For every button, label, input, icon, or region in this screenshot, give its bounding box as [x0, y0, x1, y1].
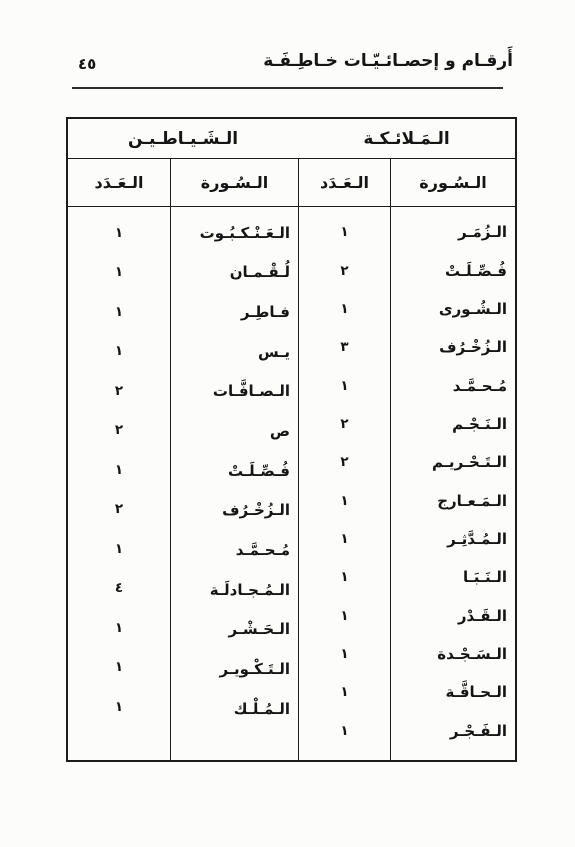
surah-cell: الـزُخْـرُف	[391, 328, 515, 366]
table-body: الـزُمَـر فُـصِّـلَـتْ الـشُـورى الـزُخْ…	[68, 207, 515, 760]
count-cell: ٢	[299, 443, 390, 481]
surah-cell: الـزُخْـرُف	[171, 490, 298, 530]
count-cell: ١	[299, 712, 390, 750]
surah-cell	[171, 728, 298, 750]
surah-cell: الـعَـنْـكـبُـوت	[171, 213, 298, 253]
surah-cell: الـمُـدَّثِـر	[391, 520, 515, 558]
surah-cell: الـمَـعـارج	[391, 482, 515, 520]
surah-cell: الـنَـجْـم	[391, 405, 515, 443]
count-cell: ٢	[299, 405, 390, 443]
surah-cell: ص	[171, 411, 298, 451]
surah-cell: الـحَـشْـر	[171, 609, 298, 649]
column-header-surah-devils: الـسُـورة	[170, 159, 298, 206]
count-cell: ١	[68, 213, 170, 253]
statistics-table: الـمَـلائـكـة الـشَـيـاطـيـن الـسُـورة ا…	[66, 117, 517, 762]
surah-cell: الـصـافَّـات	[171, 372, 298, 412]
header-rule	[72, 87, 503, 89]
surah-cell: الـمُـجـادلَـة	[171, 570, 298, 610]
count-cell: ١	[68, 529, 170, 569]
column-header-surah-angels: الـسُـورة	[390, 159, 515, 206]
count-cell: ٢	[299, 251, 390, 289]
surah-cell: فُـصِّـلَـتْ	[171, 451, 298, 491]
count-cell: ١	[68, 608, 170, 648]
surah-cell: الـنَـبَـا	[391, 558, 515, 596]
group-title-angels: الـمَـلائـكـة	[298, 119, 515, 158]
book-page: أَرقـام و إحصـائـيّـات خـاطِـفَـة ٤٥ الـ…	[0, 0, 575, 847]
count-cell: ١	[299, 290, 390, 328]
surah-cell: الـقَـدْر	[391, 597, 515, 635]
count-cell: ٢	[68, 490, 170, 530]
count-cell: ١	[68, 687, 170, 727]
count-cell: ١	[299, 366, 390, 404]
count-cell	[68, 727, 170, 751]
surah-cell: الـحـاقَّـة	[391, 673, 515, 711]
page-title: أَرقـام و إحصـائـيّـات خـاطِـفَـة	[263, 48, 513, 74]
surah-column-angels: الـزُمَـر فُـصِّـلَـتْ الـشُـورى الـزُخْ…	[390, 207, 515, 760]
count-cell: ١	[299, 558, 390, 596]
count-column-devils: ١ ١ ١ ١ ٢ ٢ ١ ٢ ١ ٤ ١ ١ ١	[68, 207, 170, 760]
group-title-devils: الـشَـيـاطـيـن	[68, 119, 298, 158]
count-cell: ١	[299, 635, 390, 673]
group-header-row: الـمَـلائـكـة الـشَـيـاطـيـن	[68, 119, 515, 159]
column-header-count-devils: الـعَـدَد	[68, 159, 170, 206]
count-cell: ٣	[299, 328, 390, 366]
surah-cell: لُـقْـمـان	[171, 253, 298, 293]
count-cell: ١	[68, 450, 170, 490]
surah-cell: الـتَـحْـريـم	[391, 443, 515, 481]
count-cell: ٤	[68, 569, 170, 609]
surah-cell: الـتَـكْـويـر	[171, 649, 298, 689]
surah-cell: مُـحـمَّـد	[391, 366, 515, 404]
surah-cell: الـفَـجْـر	[391, 712, 515, 750]
surah-cell: الـمُـلْـك	[171, 689, 298, 729]
column-header-row: الـسُـورة الـعَـدَد الـسُـورة الـعَـدَد	[68, 159, 515, 207]
surah-cell: الـزُمَـر	[391, 213, 515, 251]
count-cell: ١	[299, 597, 390, 635]
count-cell: ٢	[68, 411, 170, 451]
count-cell: ١	[68, 648, 170, 688]
surah-cell: الـسَـجْـدة	[391, 635, 515, 673]
count-cell: ١	[68, 292, 170, 332]
surah-cell: فُـصِّـلَـتْ	[391, 251, 515, 289]
surah-cell: يـس	[171, 332, 298, 372]
count-cell: ١	[299, 213, 390, 251]
count-cell: ١	[299, 673, 390, 711]
surah-cell: الـشُـورى	[391, 290, 515, 328]
surah-cell: مُـحـمَّـد	[171, 530, 298, 570]
surah-column-devils: الـعَـنْـكـبُـوت لُـقْـمـان فـاطِـر يـس …	[170, 207, 298, 760]
surah-cell: فـاطِـر	[171, 292, 298, 332]
count-column-angels: ١ ٢ ١ ٣ ١ ٢ ٢ ١ ١ ١ ١ ١ ١ ١	[298, 207, 390, 760]
page-number: ٤٥	[78, 55, 96, 73]
column-header-count-angels: الـعَـدَد	[298, 159, 390, 206]
count-cell: ١	[68, 332, 170, 372]
count-cell: ١	[299, 520, 390, 558]
count-cell: ١	[299, 482, 390, 520]
count-cell: ٢	[68, 371, 170, 411]
count-cell: ١	[68, 253, 170, 293]
